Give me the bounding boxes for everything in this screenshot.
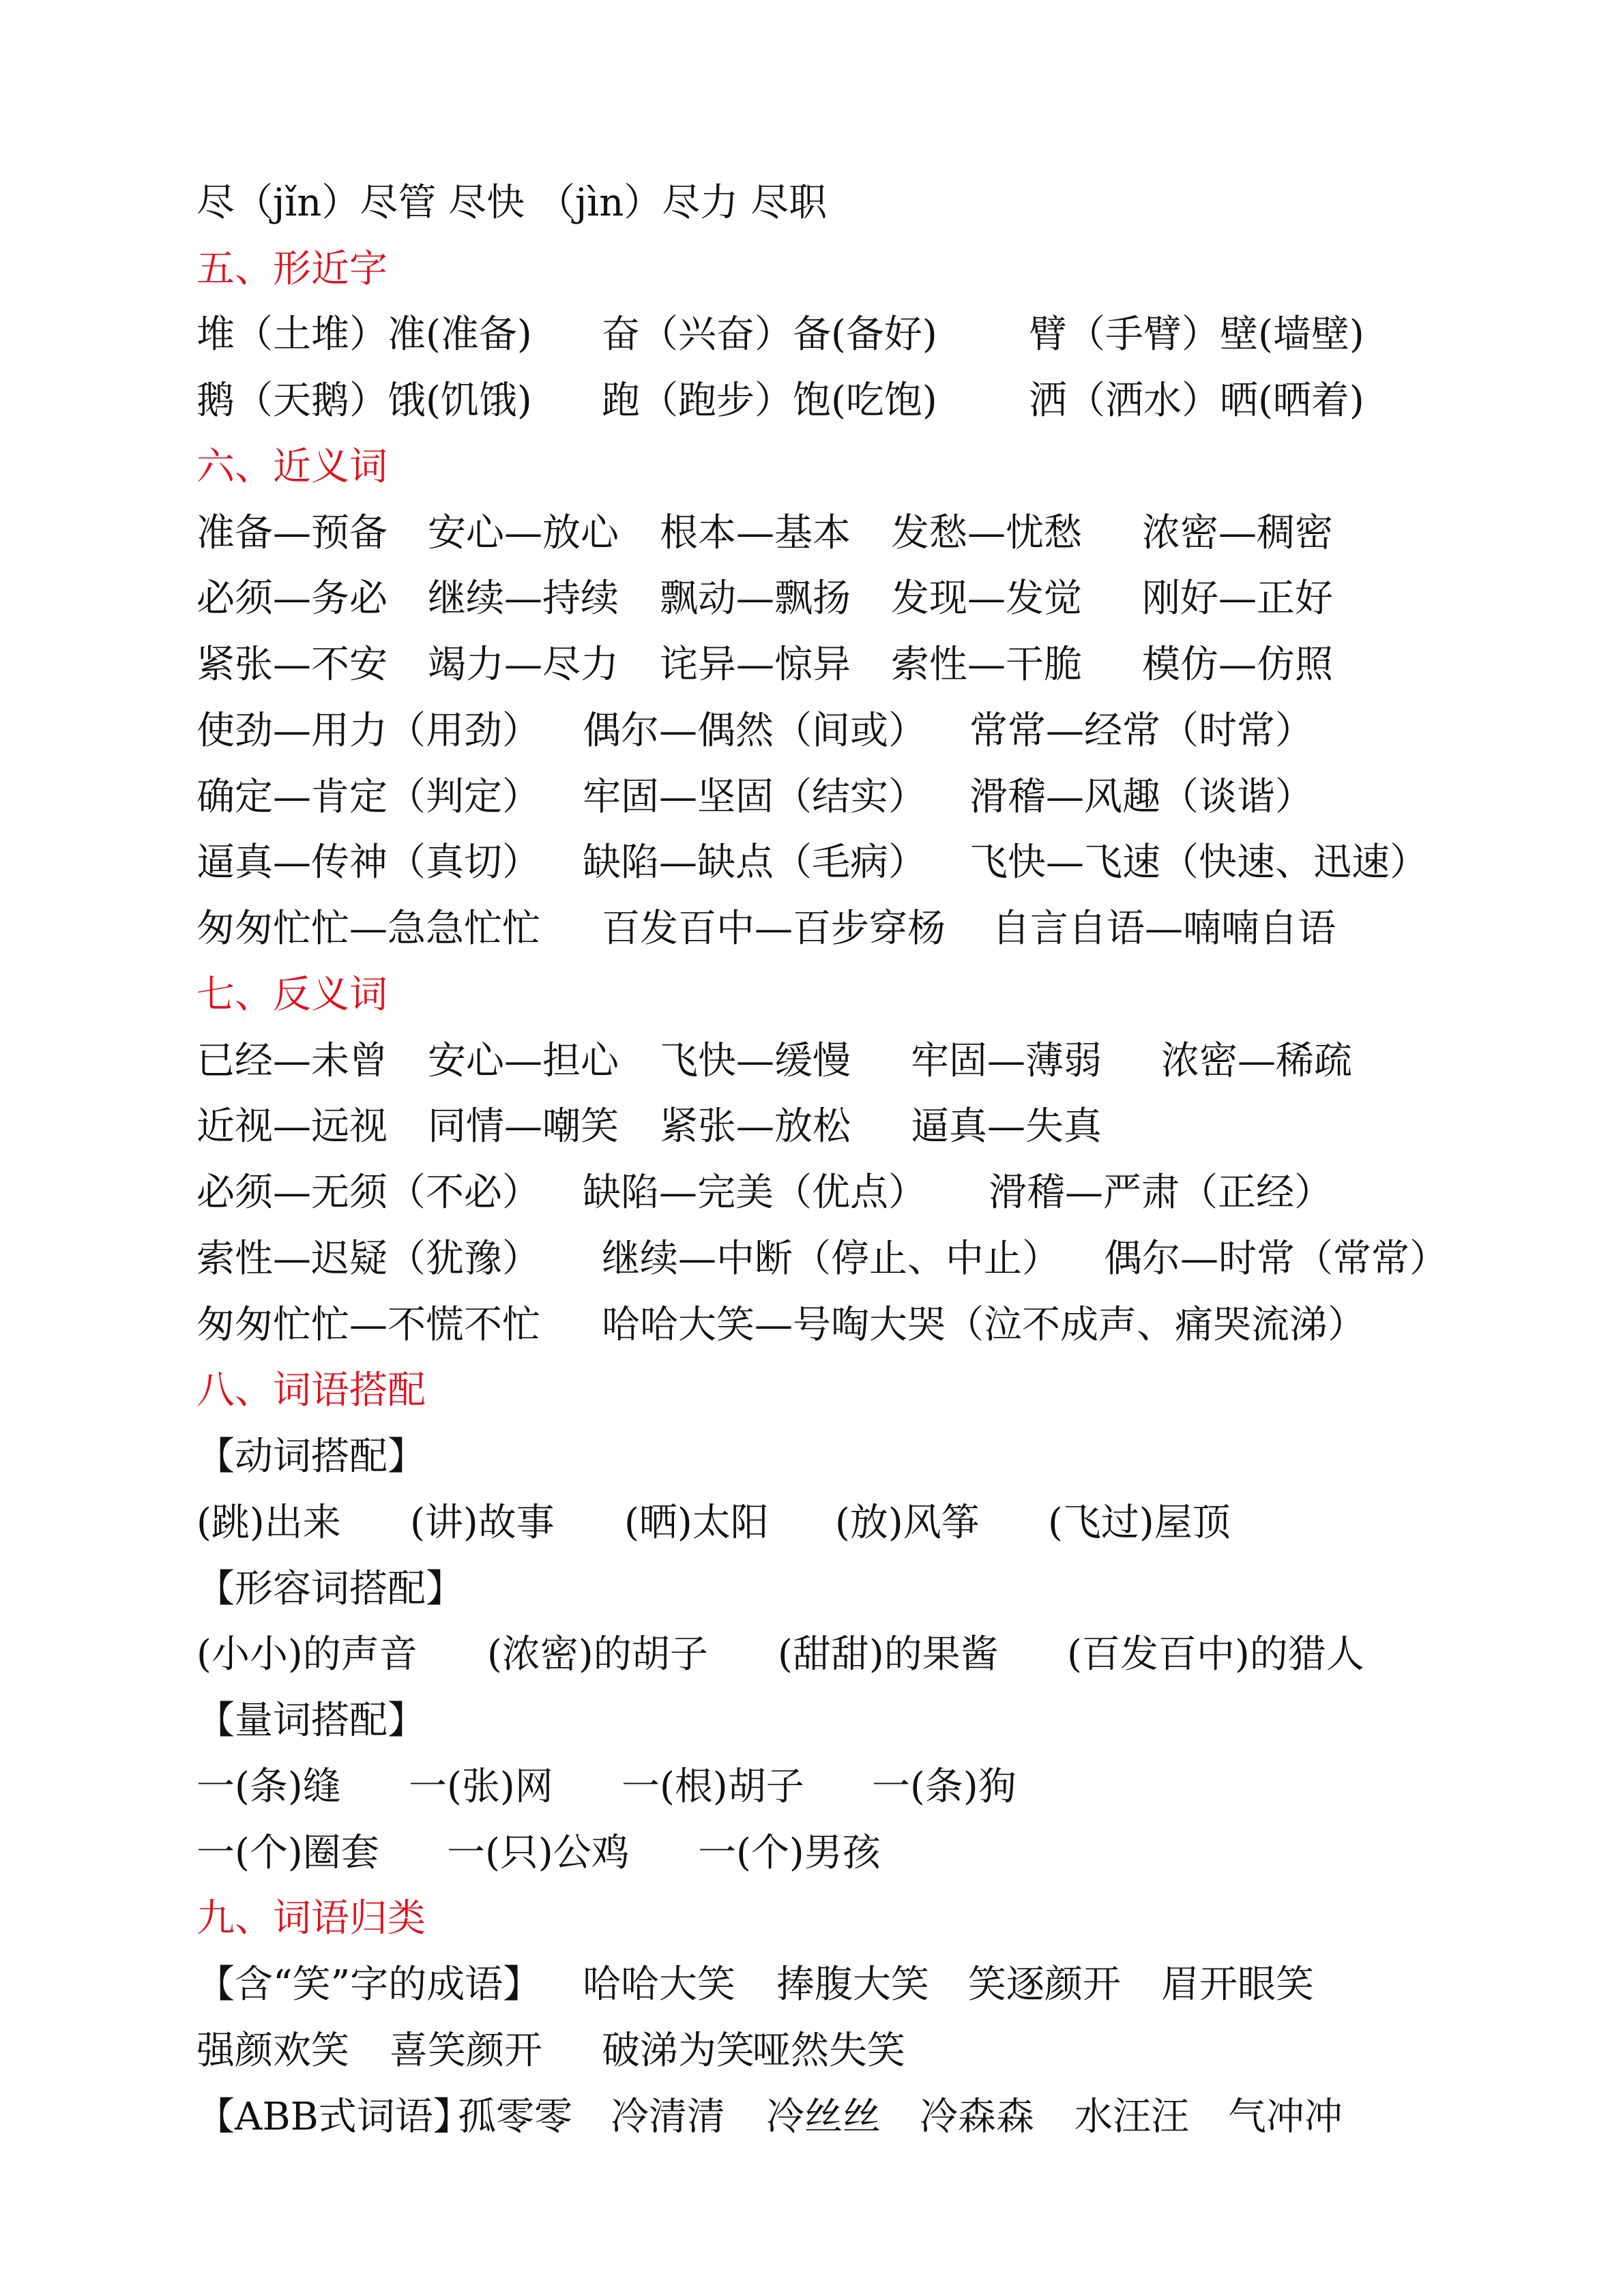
synonym-pair: 自言自语—喃喃自语 xyxy=(992,902,1336,956)
idiom: 破涕为笑 xyxy=(602,2024,755,2078)
antonym-pair: 逼真—失真 xyxy=(911,1100,1102,1154)
collocation: 一(只)公鸡 xyxy=(447,1826,630,1881)
synonym-pair: 紧张—不安 xyxy=(196,638,388,692)
idiom: 捧腹大笑 xyxy=(776,1958,929,2012)
section-title: 五、形近字 xyxy=(196,242,388,297)
abb-word: 孤零零 xyxy=(458,2090,572,2145)
collocation: 一(根)胡子 xyxy=(622,1760,804,1814)
synonym-pair: 使劲—用力（用劲） xyxy=(196,704,540,759)
idiom: 眉开眼笑 xyxy=(1161,1958,1314,2012)
subheading-label: 【ABB式词语】 xyxy=(196,2090,471,2145)
antonym-pair: 紧张—放松 xyxy=(660,1100,851,1154)
idiom: 哈哈大笑 xyxy=(583,1958,735,2012)
antonym-pair: 哈哈大笑—号啕大哭（泣不成声、痛哭流涕） xyxy=(602,1298,1366,1353)
subheading-label: 【量词搭配】 xyxy=(196,1694,426,1748)
word-pair: 鹅（天鹅）饿(饥饿) xyxy=(196,374,532,428)
antonym-pair: 偶尔—时常（常常） xyxy=(1104,1232,1448,1286)
collocation: (晒)太阳 xyxy=(624,1496,769,1550)
collocation: (讲)故事 xyxy=(410,1496,555,1550)
subheading-label: 【含“笑”字的成语】 xyxy=(196,1958,541,2012)
synonym-pair: 诧异—惊异 xyxy=(660,638,851,692)
word-pair: 奋（兴奋）备(备好) xyxy=(602,308,937,362)
collocation: 一(条)缝 xyxy=(196,1760,341,1814)
synonym-pair: 发现—发觉 xyxy=(891,572,1082,626)
abb-word: 气冲冲 xyxy=(1228,2090,1343,2145)
word-pair: 堆（土堆）准(准备) xyxy=(196,308,532,362)
synonym-pair: 滑稽—风趣（谈谐） xyxy=(969,770,1313,825)
abb-word: 冷森森 xyxy=(920,2090,1034,2145)
synonym-pair: 确定—肯定（判定） xyxy=(196,770,540,825)
antonym-pair: 近视—远视 xyxy=(196,1100,388,1154)
collocation: (百发百中)的猎人 xyxy=(1067,1628,1364,1682)
synonym-pair: 缺陷—缺点（毛病） xyxy=(583,836,926,890)
section-title: 六、近义词 xyxy=(196,440,388,495)
collocation: 一(个)圈套 xyxy=(196,1826,379,1881)
collocation: 一(个)男孩 xyxy=(698,1826,881,1881)
antonym-pair: 同情—嘲笑 xyxy=(428,1100,619,1154)
subheading-label: 【形容词搭配】 xyxy=(196,1562,464,1617)
section-title: 九、词语归类 xyxy=(196,1892,426,1946)
synonym-pair: 偶尔—偶然（间或） xyxy=(583,704,926,759)
idiom: 哑然失笑 xyxy=(752,2024,905,2078)
antonym-pair: 浓密—稀疏 xyxy=(1161,1034,1352,1089)
antonym-pair: 飞快—缓慢 xyxy=(660,1034,851,1089)
synonym-pair: 模仿—仿照 xyxy=(1142,638,1333,692)
synonym-pair: 安心—放心 xyxy=(428,506,619,561)
antonym-pair: 匆匆忙忙—不慌不忙 xyxy=(196,1298,540,1353)
antonym-pair: 继续—中断（停止、中止） xyxy=(602,1232,1060,1286)
synonym-pair: 索性—干脆 xyxy=(891,638,1082,692)
synonym-pair: 发愁—忧愁 xyxy=(891,506,1082,561)
synonym-pair: 准备—预备 xyxy=(196,506,388,561)
synonym-pair: 常常—经常（时常） xyxy=(969,704,1313,759)
subheading-label: 【动词搭配】 xyxy=(196,1430,426,1484)
pronunciation-text: 尽（jǐn）尽管 尽快 （jìn）尽力 尽职 xyxy=(196,176,827,231)
synonym-pair: 根本—基本 xyxy=(660,506,851,561)
synonym-pair: 竭力—尽力 xyxy=(428,638,619,692)
synonym-pair: 飞快—飞速（快速、迅速） xyxy=(969,836,1428,890)
idiom: 笑逐颜开 xyxy=(968,1958,1121,2012)
antonym-pair: 索性—迟疑（犹豫） xyxy=(196,1232,540,1286)
idiom: 强颜欢笑 xyxy=(196,2024,349,2078)
idiom: 喜笑颜开 xyxy=(390,2024,542,2078)
collocation: 一(张)网 xyxy=(409,1760,553,1814)
antonym-pair: 滑稽—严肃（正经） xyxy=(989,1166,1332,1220)
synonym-pair: 牢固—坚固（结实） xyxy=(583,770,926,825)
collocation: (跳)出来 xyxy=(196,1496,341,1550)
abb-word: 水汪汪 xyxy=(1074,2090,1189,2145)
synonym-pair: 百发百中—百步穿杨 xyxy=(602,902,946,956)
word-pair: 洒（洒水）晒(晒着) xyxy=(1029,374,1364,428)
collocation: (甜甜)的果酱 xyxy=(778,1628,999,1682)
synonym-pair: 浓密—稠密 xyxy=(1142,506,1333,561)
word-pair: 臂（手臂）壁(墙壁) xyxy=(1029,308,1364,362)
synonym-pair: 继续—持续 xyxy=(428,572,619,626)
section-title: 八、词语搭配 xyxy=(196,1364,426,1418)
synonym-pair: 逼真—传神（真切） xyxy=(196,836,540,890)
section-title: 七、反义词 xyxy=(196,968,388,1022)
antonym-pair: 牢固—薄弱 xyxy=(911,1034,1102,1089)
word-pair: 跑（跑步）饱(吃饱) xyxy=(602,374,937,428)
collocation: (浓密)的胡子 xyxy=(487,1628,708,1682)
antonym-pair: 必须—无须（不必） xyxy=(196,1166,540,1220)
collocation: (小小)的声音 xyxy=(196,1628,418,1682)
collocation: (放)风筝 xyxy=(835,1496,980,1550)
synonym-pair: 飘动—飘扬 xyxy=(660,572,851,626)
collocation: (飞过)屋顶 xyxy=(1048,1496,1231,1550)
collocation: 一(条)狗 xyxy=(872,1760,1017,1814)
synonym-pair: 匆匆忙忙—急急忙忙 xyxy=(196,902,540,956)
antonym-pair: 安心—担心 xyxy=(428,1034,619,1089)
abb-word: 冷清清 xyxy=(611,2090,725,2145)
synonym-pair: 刚好—正好 xyxy=(1142,572,1333,626)
antonym-pair: 已经—未曾 xyxy=(196,1034,388,1089)
antonym-pair: 缺陷—完美（优点） xyxy=(583,1166,926,1220)
abb-word: 冷丝丝 xyxy=(766,2090,881,2145)
synonym-pair: 必须—务必 xyxy=(196,572,388,626)
